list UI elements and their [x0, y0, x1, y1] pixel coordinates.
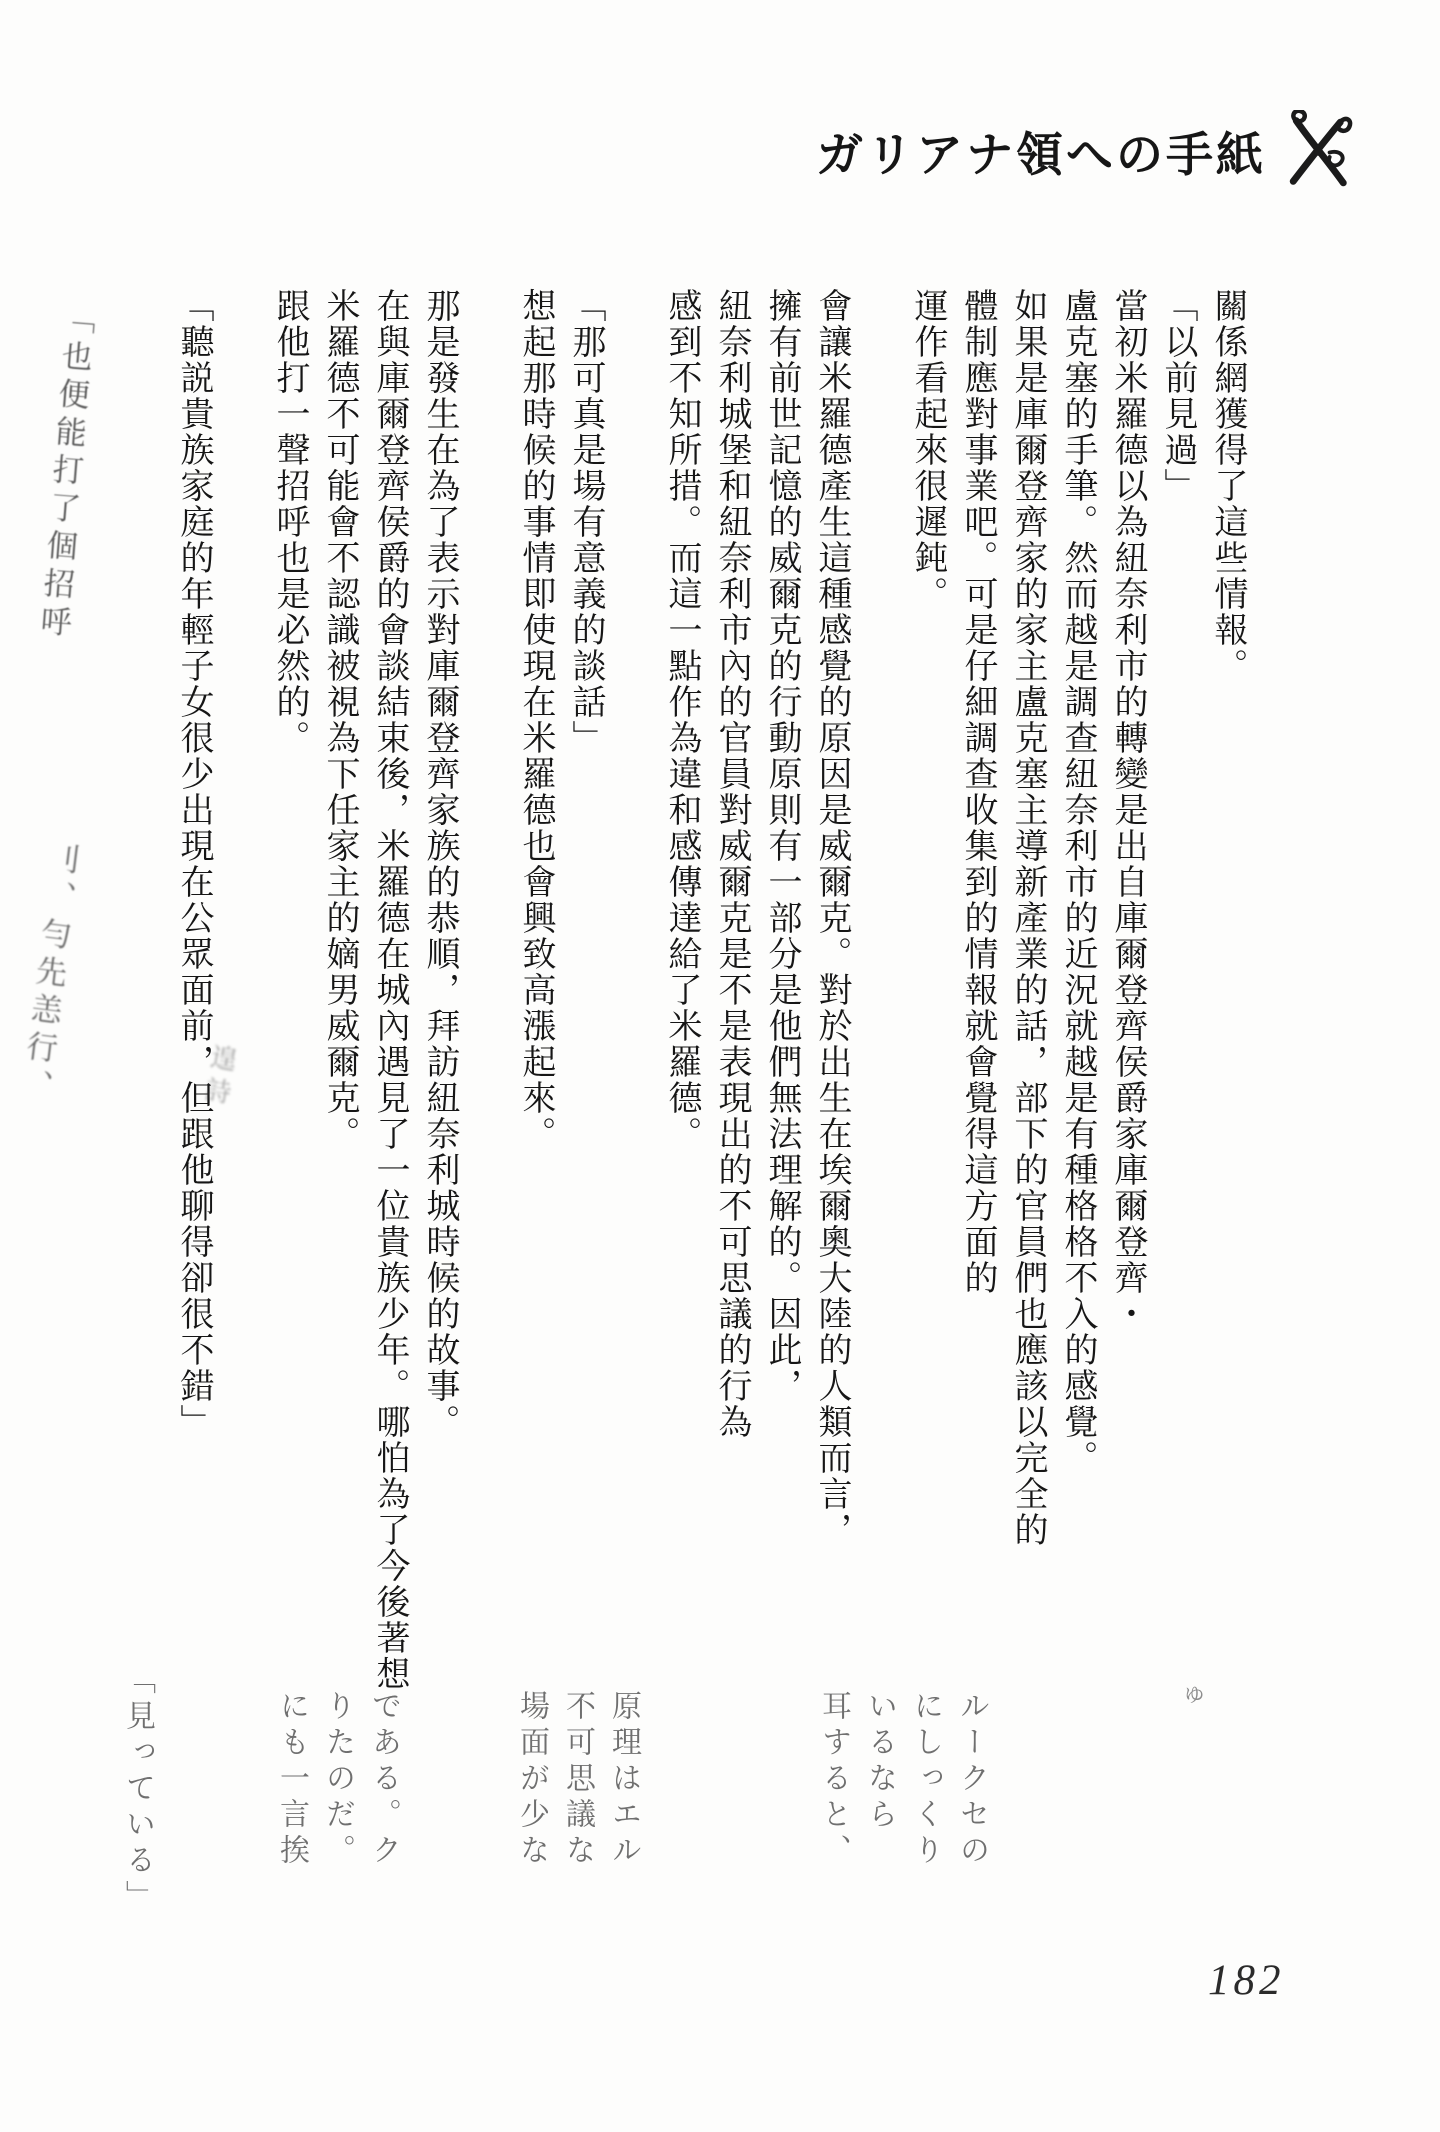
text-column: 「那可真是場有意義的談話」: [560, 288, 610, 1692]
bleed-through-column: 「見っている」: [114, 1664, 160, 1916]
text-column: 關係網獲得了這些情報。: [1202, 288, 1252, 1692]
bleed-through-column: にも一言挨: [268, 1690, 314, 1870]
text-column: 米羅德不可能會不認識被視為下任家主的嫡男威爾克。: [314, 288, 364, 1692]
paragraph: 「那可真是場有意義的談話」: [560, 288, 610, 1692]
bleed-through-column: 不可思議な: [554, 1690, 600, 1870]
chapter-title: ガリアナ領への手紙: [816, 118, 1266, 185]
text-column: 擁有前世記憶的威爾克的行動原則有一部分是他們無法理解的。因此，: [756, 288, 806, 1692]
paragraph: 會讓米羅德產生這種感覺的原因是威爾克。對於出生在埃爾奧大陸的人類而言，擁有前世記…: [656, 288, 856, 1692]
bleed-through-column: ルークセの: [948, 1690, 994, 1870]
text-column: 感到不知所措。而這一點作為違和感傳達給了米羅德。: [656, 288, 706, 1692]
text-column: 盧克塞的手筆。然而越是調查紐奈利市的近況就越是有種格格不入的感覺。: [1052, 288, 1102, 1692]
bleed-through-column: 耳すると、: [810, 1690, 856, 1870]
text-column: 那是發生在為了表示對庫爾登齊家族的恭順，拜訪紐奈利城時候的故事。: [414, 288, 464, 1692]
text-column: 運作看起來很遲鈍。: [902, 288, 952, 1692]
text-column: 「以前見過」: [1152, 288, 1202, 1692]
text-column: 在與庫爾登齊侯爵的會談結束後，米羅德在城內遇見了一位貴族少年。哪怕為了今後著想: [364, 288, 414, 1692]
bleed-through-column: 場面が少な: [508, 1690, 554, 1870]
text-block: 關係網獲得了這些情報。「以前見過」當初米羅德以為紐奈利市的轉變是出自庫爾登齊侯爵…: [168, 288, 1252, 1692]
crossed-wands-emblem-icon: [1282, 110, 1356, 192]
text-column: 體制應對事業吧。可是仔細調查收集到的情報就會覺得這方面的: [952, 288, 1002, 1692]
text-column: 跟他打一聲招呼也是必然的。: [264, 288, 314, 1692]
text-column: 當初米羅德以為紐奈利市的轉變是出自庫爾登齊侯爵家庫爾登齊・: [1102, 288, 1152, 1692]
paragraph: 「以前見過」: [1152, 288, 1202, 1692]
book-page-scan: ガリアナ領への手紙 關係網獲得了這些情報。「以前見過」當初米羅德以為紐奈利市的轉…: [0, 0, 1440, 2132]
warped-page-edge-text: 刂、勻先恙行、: [12, 840, 84, 1109]
bleed-through-column: りたのだ。: [314, 1690, 360, 1870]
chapter-header: ガリアナ領への手紙: [816, 110, 1356, 192]
warped-page-edge-text: 「也便能打了個招呼: [31, 300, 98, 644]
paragraph: 當初米羅德以為紐奈利市的轉變是出自庫爾登齊侯爵家庫爾登齊・盧克塞的手筆。然而越是…: [902, 288, 1152, 1692]
bleed-through-column: 原理はエル: [600, 1690, 646, 1870]
paragraph: 想起那時候的事情即使現在米羅德也會興致高漲起來。: [510, 288, 560, 1692]
bleed-through-mark: ゅ: [1170, 1682, 1207, 1708]
bleed-through-column: にしっくり: [902, 1690, 948, 1870]
text-column: 想起那時候的事情即使現在米羅德也會興致高漲起來。: [510, 288, 560, 1692]
text-column: 如果是庫爾登齊家的家主盧克塞主導新產業的話，部下的官員們也應該以完全的: [1002, 288, 1052, 1692]
paragraph: 那是發生在為了表示對庫爾登齊家族的恭順，拜訪紐奈利城時候的故事。在與庫爾登齊侯爵…: [264, 288, 464, 1692]
page-number: 182: [1208, 1956, 1285, 2005]
bleed-through-column: いるなら: [856, 1690, 902, 1834]
text-column: 會讓米羅德產生這種感覺的原因是威爾克。對於出生在埃爾奧大陸的人類而言，: [806, 288, 856, 1692]
text-column: 紐奈利城堡和紐奈利市內的官員對威爾克是不是表現出的不可思議的行為: [706, 288, 756, 1692]
bleed-through-column: である。ク: [360, 1690, 406, 1870]
paragraph: 關係網獲得了這些情報。: [1202, 288, 1252, 1692]
paragraph: 「聽説貴族家庭的年輕子女很少出現在公眾面前，但跟他聊得卻很不錯」: [168, 288, 218, 1692]
text-column: 「聽説貴族家庭的年輕子女很少出現在公眾面前，但跟他聊得卻很不錯」: [168, 288, 218, 1692]
